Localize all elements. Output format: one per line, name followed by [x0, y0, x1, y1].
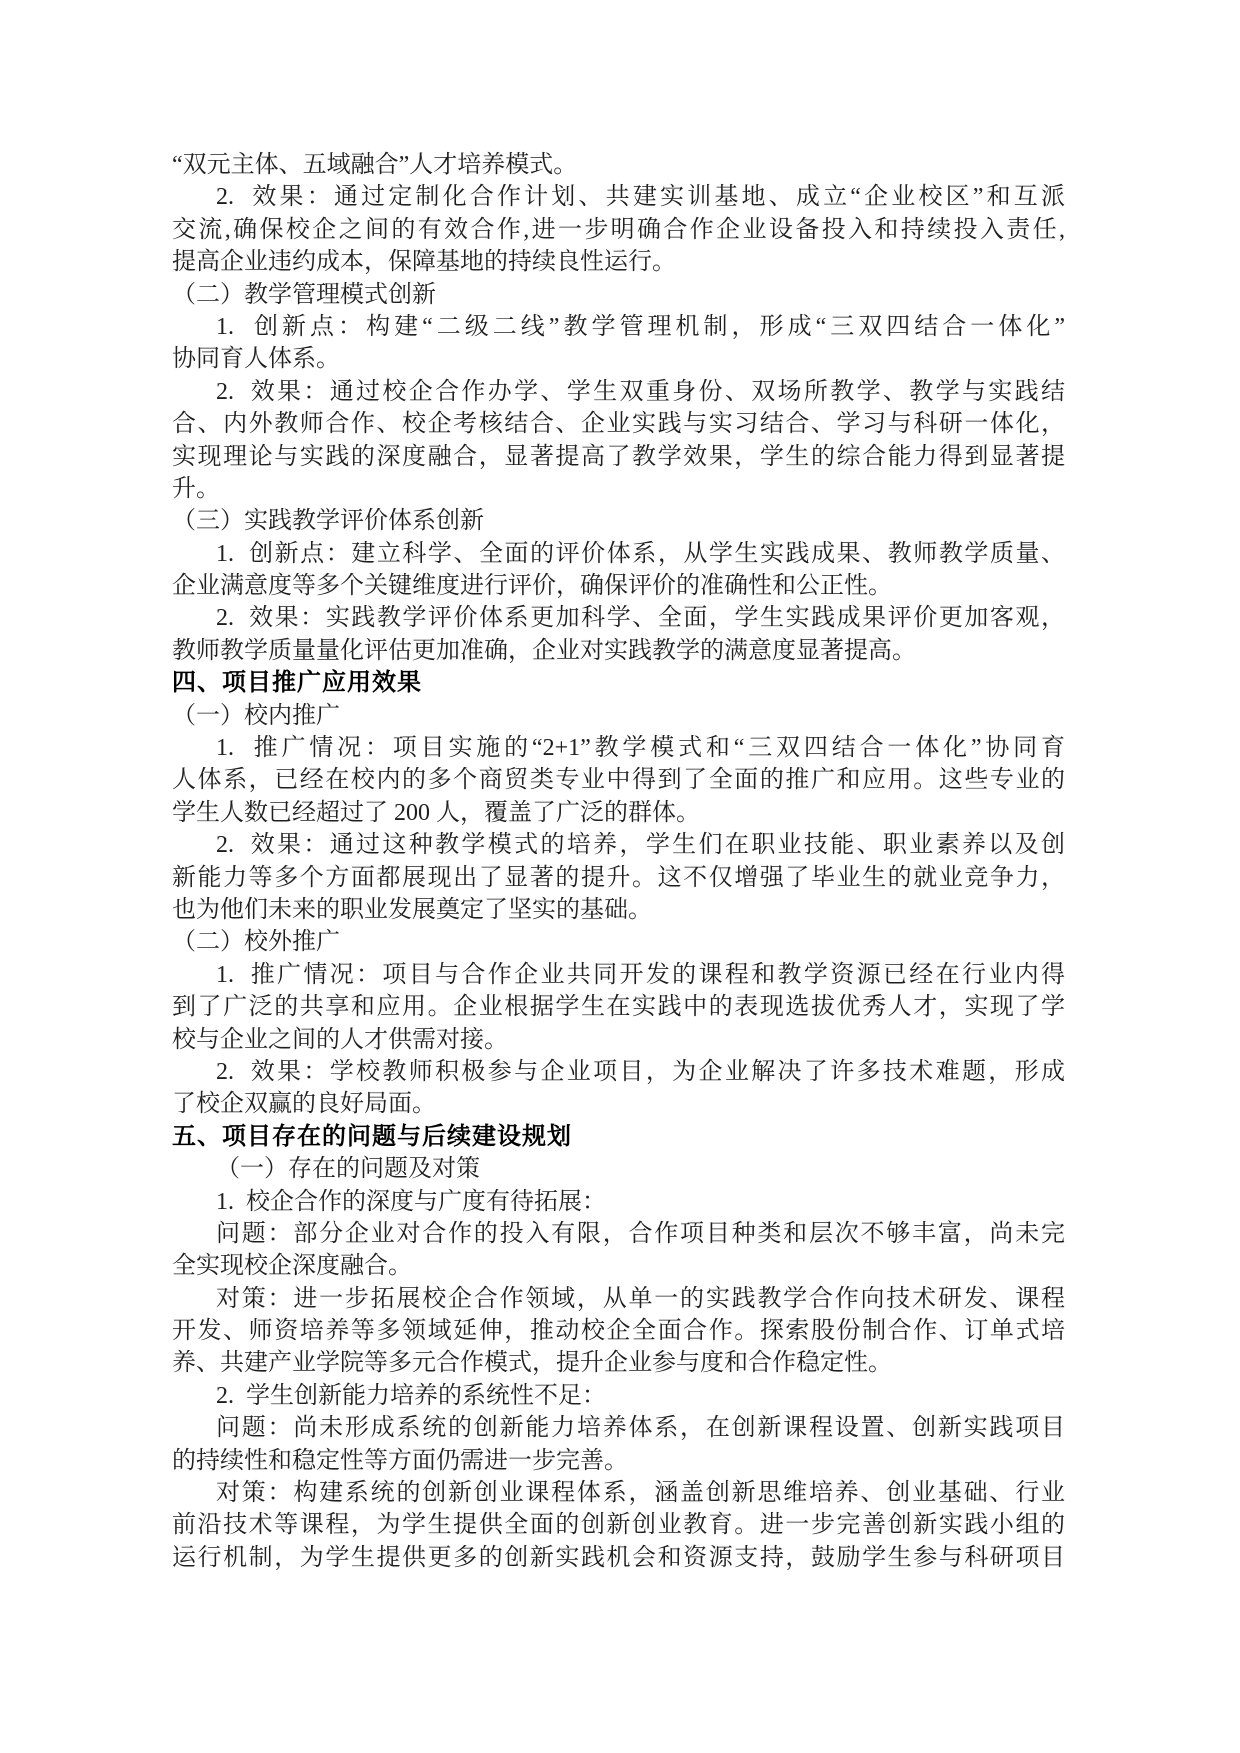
text-line: 学生人数已经超过了 200 人，覆盖了广泛的群体。	[172, 797, 1065, 829]
text-line: 2. 学生创新能力培养的系统性不足：	[172, 1380, 1065, 1412]
text-line: 1. 推广情况：项目与合作企业共同开发的课程和教学资源已经在行业内得	[172, 959, 1065, 991]
text-line: 了校企双赢的良好局面。	[172, 1088, 1065, 1120]
text-line: 养、共建产业学院等多元合作模式，提升企业参与度和合作稳定性。	[172, 1347, 1065, 1379]
text-line: 校与企业之间的人才供需对接。	[172, 1024, 1065, 1056]
section-heading: 五、项目存在的问题与后续建设规划	[172, 1121, 1065, 1153]
document-page: “双元主体、五域融合”人才培养模式。2. 效果：通过定制化合作计划、共建实训基地…	[0, 0, 1240, 1753]
text-line: （二）校外推广	[172, 926, 1065, 958]
text-line: 教师教学质量量化评估更加准确，企业对实践教学的满意度显著提高。	[172, 635, 1065, 667]
text-line: 2. 效果：通过定制化合作计划、共建实训基地、成立“企业校区”和互派	[172, 181, 1065, 213]
text-line: 新能力等多个方面都展现出了显著的提升。这不仅增强了毕业生的就业竞争力，	[172, 862, 1065, 894]
text-line: 协同育人体系。	[172, 343, 1065, 375]
text-line: 的持续性和稳定性等方面仍需进一步完善。	[172, 1445, 1065, 1477]
text-line: “双元主体、五域融合”人才培养模式。	[172, 149, 1065, 181]
section-heading: 四、项目推广应用效果	[172, 667, 1065, 699]
text-line: 问题：尚未形成系统的创新能力培养体系，在创新课程设置、创新实践项目	[172, 1412, 1065, 1444]
text-line: 对策：构建系统的创新创业课程体系，涵盖创新思维培养、创业基础、行业	[172, 1477, 1065, 1509]
text-line: （二）教学管理模式创新	[172, 279, 1065, 311]
text-line: 对策：进一步拓展校企合作领域，从单一的实践教学合作向技术研发、课程	[172, 1283, 1065, 1315]
text-line: 1. 创新点：构建“二级二线”教学管理机制，形成“三双四结合一体化”	[172, 311, 1065, 343]
text-line: 全实现校企深度融合。	[172, 1250, 1065, 1282]
text-line: 也为他们未来的职业发展奠定了坚实的基础。	[172, 894, 1065, 926]
text-line: 人体系，已经在校内的多个商贸类专业中得到了全面的推广和应用。这些专业的	[172, 764, 1065, 796]
text-line: 1. 推广情况：项目实施的“2+1”教学模式和“三双四结合一体化”协同育	[172, 732, 1065, 764]
text-line: 前沿技术等课程，为学生提供全面的创新创业教育。进一步完善创新实践小组的	[172, 1509, 1065, 1541]
text-line: 交流,确保校企之间的有效合作,进一步明确合作企业设备投入和持续投入责任,	[172, 214, 1065, 246]
text-line: 2. 效果：通过校企合作办学、学生双重身份、双场所教学、教学与实践结	[172, 376, 1065, 408]
text-line: 合、内外教师合作、校企考核结合、企业实践与实习结合、学习与科研一体化，	[172, 408, 1065, 440]
text-line: 开发、师资培养等多领域延伸，推动校企全面合作。探索股份制合作、订单式培	[172, 1315, 1065, 1347]
text-line: 1. 创新点：建立科学、全面的评价体系，从学生实践成果、教师教学质量、	[172, 538, 1065, 570]
text-line: 2. 效果：实践教学评价体系更加科学、全面，学生实践成果评价更加客观，	[172, 602, 1065, 634]
text-line: 2. 效果：通过这种教学模式的培养，学生们在职业技能、职业素养以及创	[172, 829, 1065, 861]
text-line: 提高企业违约成本，保障基地的持续良性运行。	[172, 246, 1065, 278]
text-line: 企业满意度等多个关键维度进行评价，确保评价的准确性和公正性。	[172, 570, 1065, 602]
text-line: 1. 校企合作的深度与广度有待拓展：	[172, 1186, 1065, 1218]
text-line: 升。	[172, 473, 1065, 505]
text-line: （一）校内推广	[172, 700, 1065, 732]
text-line: 运行机制，为学生提供更多的创新实践机会和资源支持，鼓励学生参与科研项目	[172, 1542, 1065, 1574]
text-line: 2. 效果：学校教师积极参与企业项目，为企业解决了许多技术难题，形成	[172, 1056, 1065, 1088]
text-line: 实现理论与实践的深度融合，显著提高了教学效果，学生的综合能力得到显著提	[172, 441, 1065, 473]
text-line: 问题：部分企业对合作的投入有限，合作项目种类和层次不够丰富，尚未完	[172, 1218, 1065, 1250]
text-line: （一）存在的问题及对策	[172, 1153, 1065, 1185]
text-line: （三）实践教学评价体系创新	[172, 505, 1065, 537]
text-line: 到了广泛的共享和应用。企业根据学生在实践中的表现选拔优秀人才，实现了学	[172, 991, 1065, 1023]
